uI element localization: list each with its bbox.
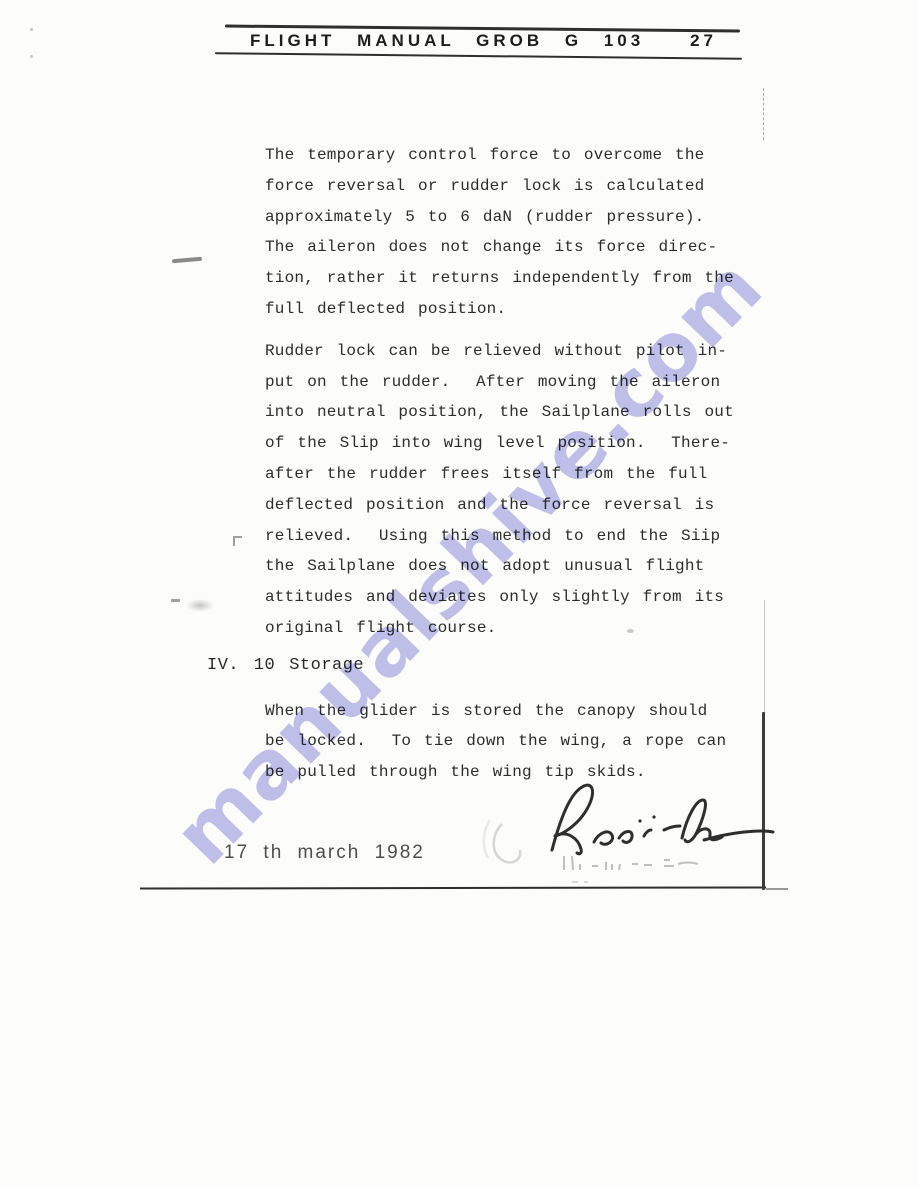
text-line: The temporary control force to overcome … (265, 140, 725, 171)
scan-speck (30, 55, 33, 58)
scan-speck (171, 599, 180, 602)
text-line: original flight course. (265, 613, 725, 644)
stamp-edge (484, 820, 521, 862)
scan-speck (186, 599, 214, 612)
text-line: of the Slip into wing level position. Th… (265, 428, 725, 459)
signature (468, 772, 778, 890)
text-line: after the rudder frees itself from the f… (265, 459, 725, 490)
text-line: relieved. Using this method to end the S… (265, 521, 725, 552)
scan-speck (233, 536, 242, 546)
text-line: attitudes and deviates only slightly fro… (265, 582, 725, 613)
text-line: the Sailplane does not adopt unusual fli… (265, 551, 725, 582)
text-line: full deflected position. (265, 294, 725, 325)
text-line: When the glider is stored the canopy sho… (265, 696, 725, 727)
document-title: FLIGHT MANUAL GROB G 103 (250, 31, 644, 51)
section-number: IV. 10 (207, 656, 275, 675)
scan-speck (172, 257, 202, 264)
text-line: The aileron does not change its force di… (265, 232, 725, 263)
right-fold-line-top (763, 88, 764, 140)
text-line: into neutral position, the Sailplane rol… (265, 397, 725, 428)
text-line: force reversal or rudder lock is calcula… (265, 171, 725, 202)
text-line: be locked. To tie down the wing, a rope … (265, 726, 725, 757)
text-line: approximately 5 to 6 daN (rudder pressur… (265, 202, 725, 233)
text-line: tion, rather it returns independently fr… (265, 263, 725, 294)
page-number: 27 (690, 31, 717, 51)
section-title: Storage (289, 656, 364, 675)
text-line: Rudder lock can be relieved without pilo… (265, 336, 725, 367)
text-line: put on the rudder. After moving the aile… (265, 367, 725, 398)
text-line: deflected position and the force reversa… (265, 490, 725, 521)
header-bottom-rule (215, 52, 742, 60)
date-label: 17 th march 1982 (224, 842, 425, 864)
stamp-marks (564, 856, 698, 882)
signature-strokes (552, 785, 773, 854)
document-body: The temporary control force to overcome … (265, 140, 725, 788)
section-heading-storage: IV. 10Storage (207, 651, 725, 682)
page-header: FLIGHT MANUAL GROB G 103 27 (250, 31, 717, 51)
paragraph-control-force: The temporary control force to overcome … (265, 140, 725, 325)
scanned-manual-page: FLIGHT MANUAL GROB G 103 27 The temporar… (0, 0, 918, 1188)
scan-speck (30, 28, 33, 31)
paragraph-rudder-lock: Rudder lock can be relieved without pilo… (265, 336, 725, 644)
right-fold-line-middle (764, 600, 765, 715)
